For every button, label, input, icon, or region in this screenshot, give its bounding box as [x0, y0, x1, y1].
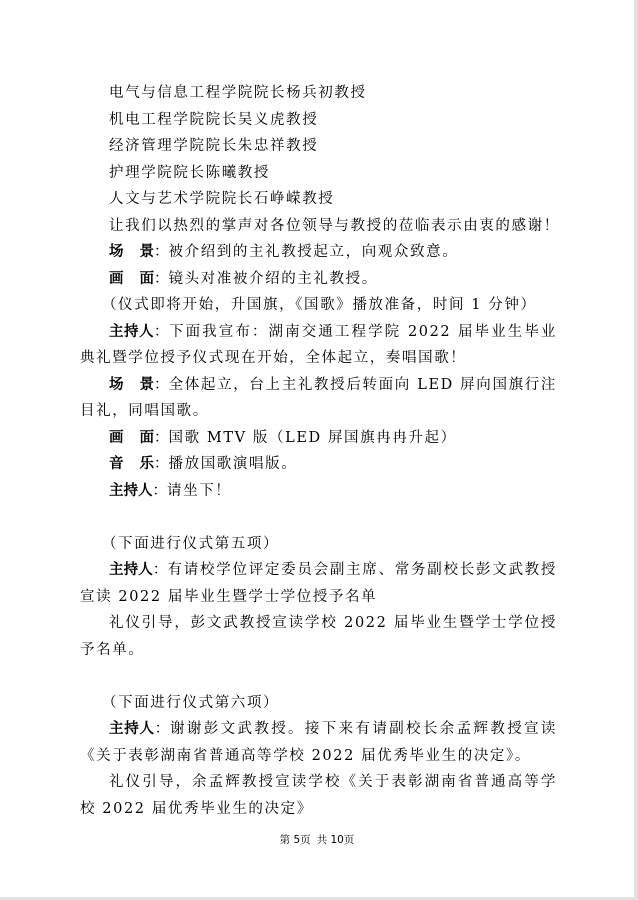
- host-text: 请坐下！: [167, 483, 231, 499]
- section-heading: （下面进行仪式第五项）: [80, 531, 557, 558]
- label-colon: ：: [153, 562, 168, 578]
- picture-direction: 画 面：国歌 MTV 版（LED 屏国旗冉冉升起）: [80, 425, 557, 452]
- dean-line: 电气与信息工程学院院长杨兵初教授: [80, 80, 557, 107]
- host-speech: 主持人：谢谢彭文武教授。接下来有请副校长余孟辉教授宣读《关于表彰湖南省普通高等学…: [80, 716, 557, 769]
- guide-note: 礼仪引导，余孟辉教授宣读学校《关于表彰湖南省普通高等学校 2022 届优秀毕业生…: [80, 769, 557, 822]
- scene-label: 场 景: [109, 239, 154, 266]
- dean-line: 机电工程学院院长吴义虎教授: [80, 107, 557, 134]
- document-body: 电气与信息工程学院院长杨兵初教授 机电工程学院院长吴义虎教授 经济管理学院院长朱…: [80, 80, 557, 822]
- label-colon: ：: [154, 430, 169, 446]
- scene-direction: 场 景：被介绍到的主礼教授起立，向观众致意。: [80, 239, 557, 266]
- host-label: 主持人: [109, 721, 155, 737]
- picture-label: 画 面: [109, 266, 154, 293]
- blank-line: [80, 504, 557, 531]
- section-heading: （下面进行仪式第六项）: [80, 690, 557, 717]
- thanks-line: 让我们以热烈的掌声对各位领导与教授的莅临表示由衷的感谢！: [80, 213, 557, 240]
- picture-label: 画 面: [109, 425, 154, 452]
- dean-line: 人文与艺术学院院长石峥嵘教授: [80, 186, 557, 213]
- scene-direction: 场 景：全体起立，台上主礼教授后转面向 LED 屏向国旗行注目礼，同唱国歌。: [80, 372, 557, 425]
- host-label: 主持人: [109, 562, 153, 578]
- host-speech: 主持人：请坐下！: [80, 478, 557, 505]
- scene-label: 场 景: [109, 372, 154, 399]
- page-number: 第 5页: [280, 834, 311, 846]
- dean-line: 经济管理学院院长朱忠祥教授: [80, 133, 557, 160]
- music-text: 播放国歌演唱版。: [169, 456, 298, 472]
- host-label: 主持人: [109, 324, 154, 340]
- label-colon: ：: [154, 456, 169, 472]
- label-colon: ：: [154, 324, 169, 340]
- label-colon: ：: [155, 721, 170, 737]
- document-page: 电气与信息工程学院院长杨兵初教授 机电工程学院院长吴义虎教授 经济管理学院院长朱…: [0, 0, 638, 900]
- host-label: 主持人: [109, 483, 153, 499]
- picture-text: 镜头对准被介绍的主礼教授。: [169, 271, 378, 287]
- dean-line: 护理学院院长陈曦教授: [80, 160, 557, 187]
- page-footer: 第 5页共 10页: [0, 832, 634, 847]
- music-label: 音 乐: [109, 451, 154, 478]
- ceremony-note: （仪式即将开始，升国旗，《国歌》播放准备，时间 1 分钟）: [80, 292, 557, 319]
- music-direction: 音 乐：播放国歌演唱版。: [80, 451, 557, 478]
- scene-text: 被介绍到的主礼教授起立，向观众致意。: [169, 244, 459, 260]
- guide-note: 礼仪引导，彭文武教授宣读学校 2022 届毕业生暨学士学位授予名单。: [80, 610, 557, 663]
- picture-direction: 画 面：镜头对准被介绍的主礼教授。: [80, 266, 557, 293]
- host-speech: 主持人：下面我宣布：湖南交通工程学院 2022 届毕业生毕业典礼暨学位授予仪式现…: [80, 319, 557, 372]
- label-colon: ：: [153, 483, 168, 499]
- blank-line: [80, 663, 557, 690]
- host-speech: 主持人：有请校学位评定委员会副主席、常务副校长彭文武教授宣读 2022 届毕业生…: [80, 557, 557, 610]
- label-colon: ：: [154, 244, 169, 260]
- page-total: 共 10页: [317, 834, 355, 846]
- label-colon: ：: [154, 271, 169, 287]
- picture-text: 国歌 MTV 版（LED 屏国旗冉冉升起）: [169, 430, 457, 446]
- label-colon: ：: [154, 377, 169, 393]
